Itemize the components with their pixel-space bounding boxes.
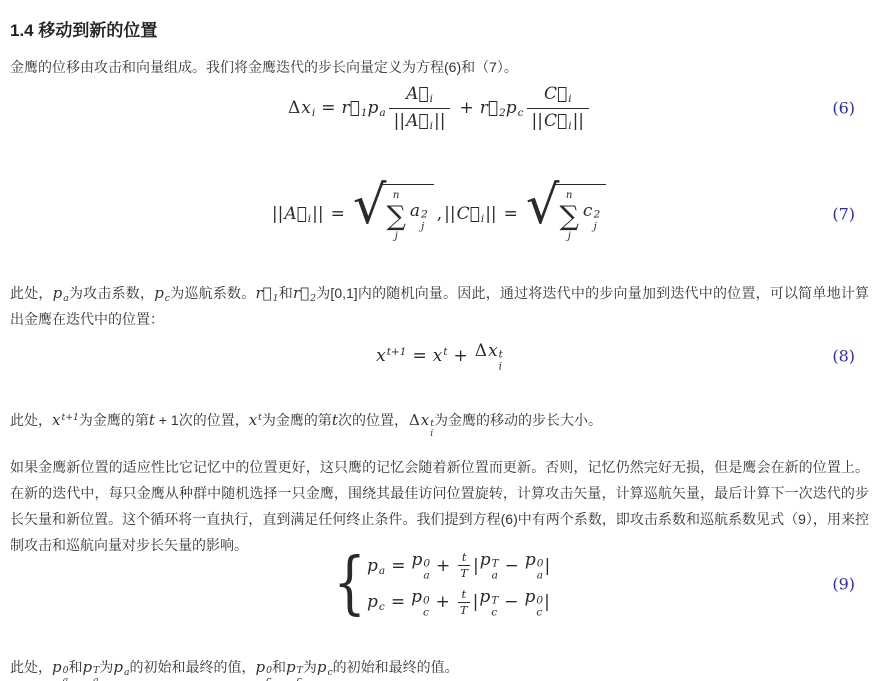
math-delim: || [443,204,456,224]
math-var: p0a [411,550,430,581]
radical: √n∑ja2j [353,184,434,245]
radicand: n∑jc2j [554,184,607,245]
fraction-denominator: T [458,565,470,580]
text-run: 为金鹰的移动的步长大小。 [434,412,602,428]
math-operator: = [504,204,518,224]
math-delim: || [433,111,446,132]
math-var: r⃗1 [341,98,367,118]
text-run: 和 [69,659,83,675]
paragraph-step-explanation: 此处，xt+1为金鹰的第t + 1次的位置，xt为金鹰的第t次的位置，Δxti为… [10,406,869,439]
cases-row: pa=p0a+tT|pTa−p0a| [367,550,551,581]
page-title: 1.4 移动到新的位置 [10,19,869,43]
supsub-stack: Tc [297,666,303,681]
sum-lower-limit: j [568,230,571,244]
math-var: Δxti [474,341,503,372]
math-var: A⃗i [406,84,433,105]
text-run: 为 [303,659,317,675]
text-run: 次的位置， [338,412,408,428]
math-operator: + [436,556,450,576]
subscript: i [430,430,433,440]
text-run: 的初始和最终的值， [130,659,256,675]
math-operator: = [391,556,405,576]
math-delim: | [472,592,480,612]
text-run: 的初始和最终的值。 [333,659,459,675]
supsub-stack: 0c [423,595,430,619]
math-var: r⃗2 [293,280,316,306]
math-var: C⃗i [457,204,485,224]
text-run: 为 [99,659,113,675]
fraction: C⃗i||C⃗i|| [527,84,590,132]
equation-8-formula: xt+1=xt+Δxti [376,341,503,372]
math-operator: − [505,556,519,576]
equation-8-number: (8) [832,347,855,366]
fraction-denominator: ||A⃗i|| [389,108,451,132]
math-delim: | [472,556,480,576]
equation-7-row: ||A⃗i||=√n∑ja2j,||C⃗i||=√n∑jc2j (7) [10,172,869,256]
math-var: pa [367,98,385,118]
math-var: p0a [525,550,544,581]
fraction: tT [458,588,470,618]
math-operator: + [454,346,468,366]
supsub-stack: 2j [593,209,600,233]
math-var: pTa [480,550,499,581]
math-var: pa [113,652,129,681]
math-var: T [460,604,468,617]
text-run: 为巡航系数。 [170,285,255,301]
math-operator: = [321,98,335,118]
math-operator: − [504,592,518,612]
math-var: pa [367,556,385,576]
supsub-stack: Ta [492,559,499,583]
math-var: r⃗2 [480,98,506,118]
supsub-stack: 2j [421,209,428,233]
supsub-stack: Tc [491,595,498,619]
subscript: c [423,607,429,619]
math-var: pc [317,652,333,681]
supsub-stack: Ta [93,666,99,681]
fraction: tT [458,551,470,581]
paragraph-pa-pc-values: 此处，p0a和pTa为pa的初始和最终的值，p0c和pTc为pc的初始和最终的值… [10,652,869,681]
summation: n∑j [560,189,579,245]
subscript: c [536,607,542,619]
equation-9-formula: {pa=p0a+tT|pTa−p0a|pc=p0c+tT|pTc−p0c| [328,550,551,617]
math-var: p0c [525,587,544,618]
equation-7-formula: ||A⃗i||=√n∑ja2j,||C⃗i||=√n∑jc2j [271,184,608,245]
fraction-numerator: A⃗i [389,84,451,107]
supsub-stack: 0a [537,559,544,583]
math-var: A⃗i [406,111,433,132]
fraction-numerator: t [458,551,470,565]
math-var: pc [154,280,170,306]
math-var: pc [506,98,524,118]
math-var: C⃗i [544,84,572,105]
math-var: xt [249,406,262,434]
equation-6-row: Δxi=r⃗1paA⃗i||A⃗i||+r⃗2pcC⃗i||C⃗i|| (6) [10,72,869,144]
math-prefix: Δ [288,98,300,118]
math-operator: = [331,204,345,224]
fraction-numerator: C⃗i [527,84,590,107]
text-run: 如果金鹰新位置的适应性比它记忆中的位置更好，这只鹰的记忆会随着新位置而更新。否则… [10,459,869,553]
supsub-stack: 0c [266,666,272,681]
fraction: A⃗i||A⃗i|| [389,84,451,132]
cases-rows: pa=p0a+tT|pTa−p0a|pc=p0c+tT|pTc−p0c| [367,550,551,617]
text-run: + 1次的位置， [155,412,249,428]
math-delim: || [484,204,497,224]
cases-row: pc=p0c+tT|pTc−p0c| [367,587,551,618]
subscript: i [499,361,502,373]
subscript: a [423,570,429,582]
math-var: pTa [83,652,100,681]
math-prefix: Δ [475,341,487,361]
radical: √n∑jc2j [526,184,606,245]
math-operator: + [436,592,450,612]
math-var: A⃗i [284,204,311,224]
subscript: c [491,607,497,619]
paragraph-update-rule: 如果金鹰新位置的适应性比它记忆中的位置更好，这只鹰的记忆会随着新位置而更新。否则… [10,454,869,558]
supsub-stack: ti [499,349,503,373]
equation-7-number: (7) [832,205,855,224]
math-var: C⃗i [544,111,572,132]
sum-lower-limit: j [395,230,398,244]
math-prefix: Δ [409,406,420,434]
math-var: xt+1 [376,346,406,366]
text-run: 和 [279,285,293,301]
radicand: n∑ja2j [380,184,433,245]
math-var: pTc [479,587,498,618]
math-var: xt+1 [52,406,79,434]
supsub-stack: 0c [536,595,543,619]
subscript: a [537,570,543,582]
fraction-numerator: t [458,588,470,602]
text-run: 为金鹰的第 [79,412,149,428]
math-var: p0c [411,587,430,618]
equation-9-number: (9) [832,575,855,594]
math-var: a2j [410,201,428,232]
subscript: j [421,221,424,233]
math-delim: || [271,204,284,224]
text-run: 此处， [10,659,52,675]
math-var: c2j [583,201,600,232]
text-run: 为金鹰的第 [262,412,332,428]
cases-group: {pa=p0a+tT|pTa−p0a|pc=p0c+tT|pTc−p0c| [328,550,551,617]
summation: n∑j [386,189,405,245]
equation-6-number: (6) [832,99,855,118]
math-operator: + [459,98,473,118]
supsub-stack: ti [430,419,434,440]
sum-sigma: ∑ [560,203,579,230]
text-run: 此处， [10,285,53,301]
text-run: 为攻击系数， [69,285,154,301]
math-var: pc [367,592,385,612]
subscript: a [63,677,69,681]
subscript: a [492,570,498,582]
text-run: 和 [272,659,286,675]
math-operator: = [412,346,426,366]
math-delim: || [311,204,324,224]
math-var: pTc [286,652,303,681]
math-var: p0c [256,652,273,681]
math-var: Δxti [408,406,434,439]
text-run: 此处， [10,412,52,428]
subscript: a [93,677,99,681]
equation-8-row: xt+1=xt+Δxti (8) [10,336,869,376]
math-var: Δxi [287,98,315,118]
fraction-denominator: T [458,602,470,617]
math-var: p0a [52,652,69,681]
subscript: c [297,677,302,681]
supsub-stack: 0a [63,666,69,681]
math-delim: || [531,111,544,132]
math-delim: , [436,204,443,224]
supsub-stack: 0a [423,559,430,583]
equation-9-row: {pa=p0a+tT|pTa−p0a|pc=p0c+tT|pTc−p0c| (9… [10,546,869,622]
math-var: xt [433,346,448,366]
equation-6-formula: Δxi=r⃗1paA⃗i||A⃗i||+r⃗2pcC⃗i||C⃗i|| [287,84,592,132]
subscript: j [593,221,596,233]
math-delim: || [393,111,406,132]
math-var: r⃗1 [255,280,278,306]
math-var: T [460,567,468,580]
sum-sigma: ∑ [386,203,405,230]
left-brace: { [333,557,365,611]
math-delim: | [544,556,552,576]
fraction-denominator: ||C⃗i|| [527,108,590,132]
math-delim: || [572,111,585,132]
subscript: c [266,677,271,681]
math-operator: = [391,592,405,612]
math-var: t [462,551,467,564]
math-var: t [461,588,466,601]
math-var: pa [53,280,69,306]
paragraph-coefficients: 此处，pa为攻击系数，pc为巡航系数。r⃗1和r⃗2为[0,1]内的随机向量。因… [10,280,869,332]
math-delim: | [543,592,551,612]
